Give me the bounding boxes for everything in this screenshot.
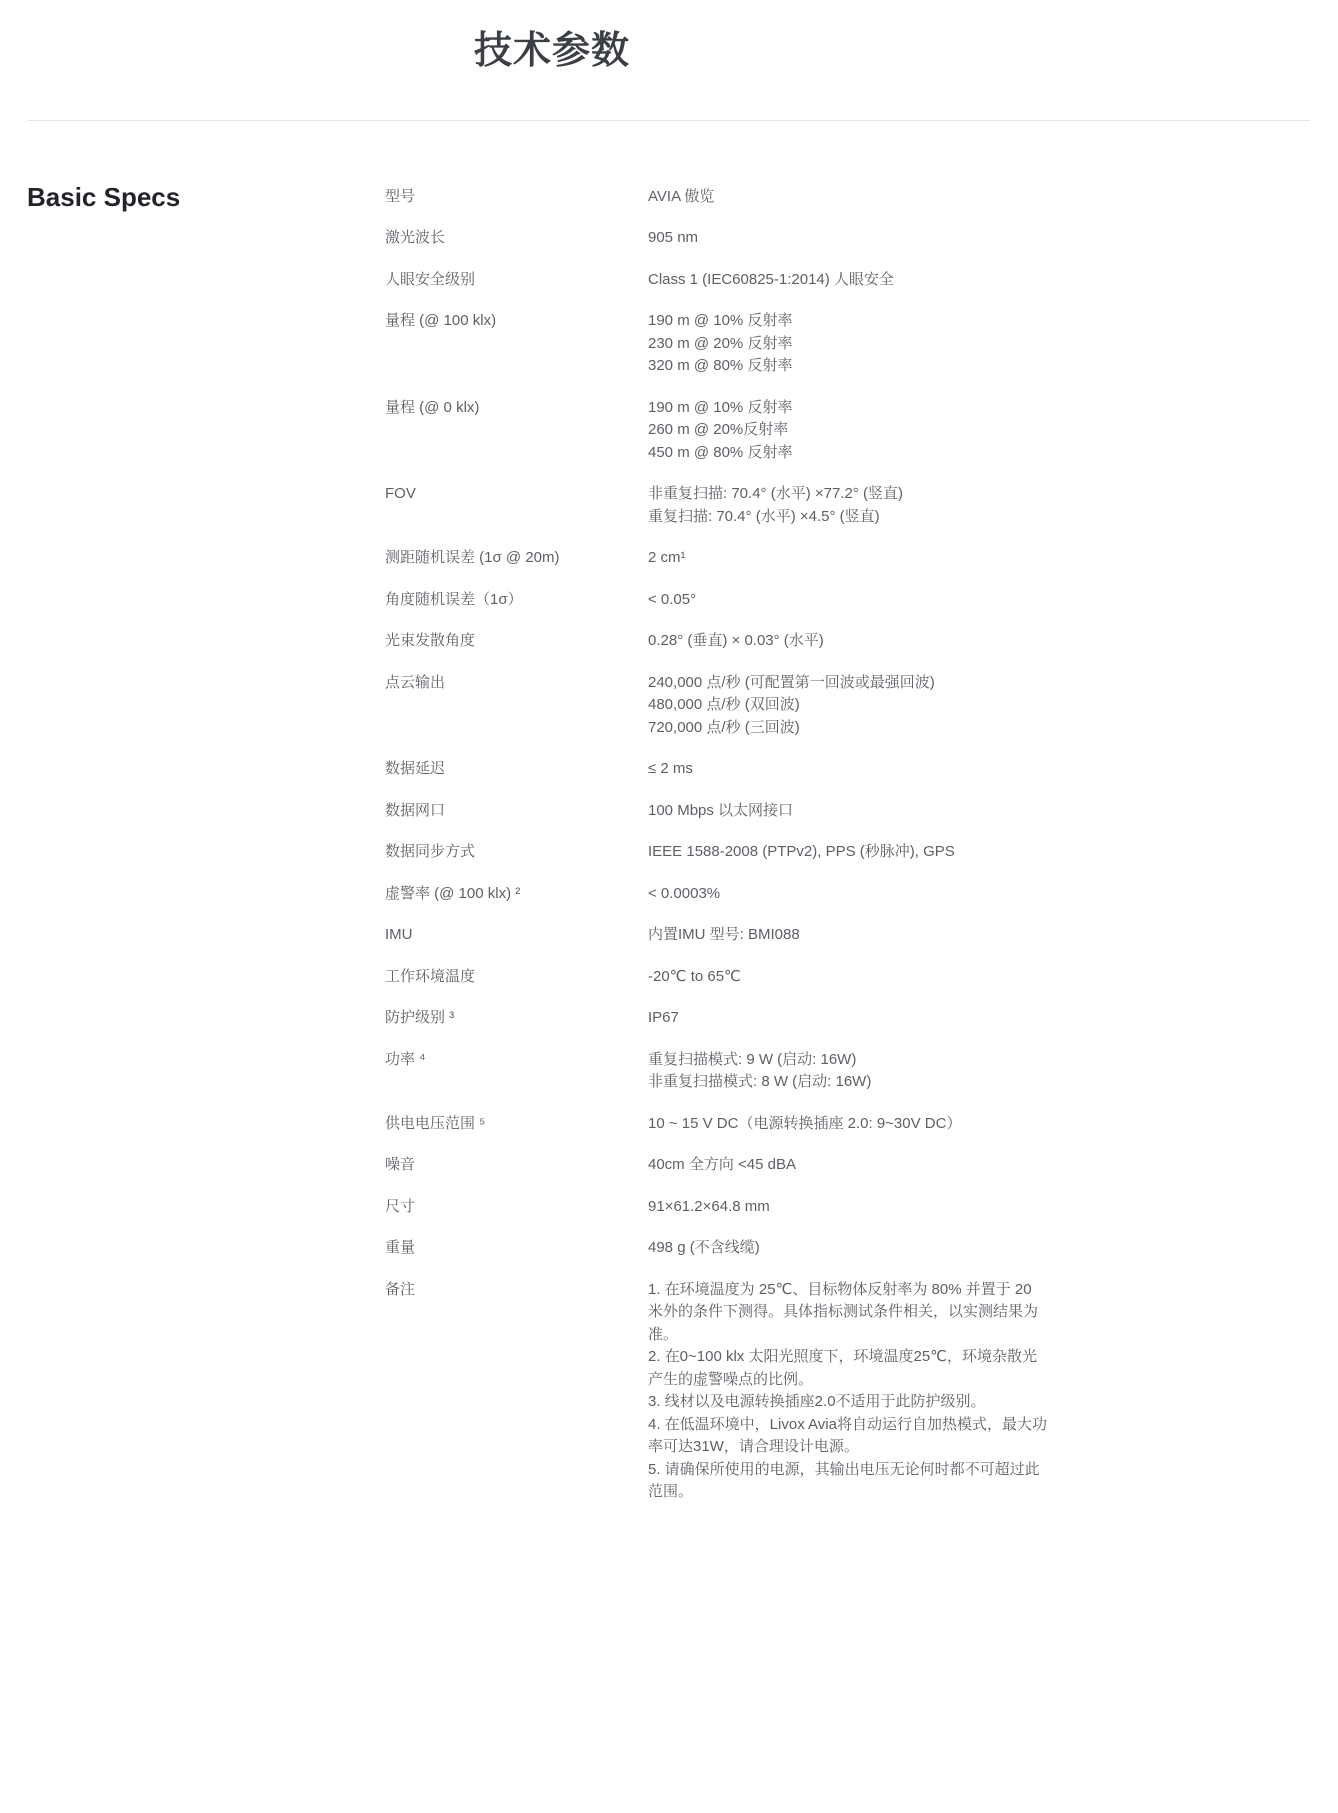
spec-value: IEEE 1588-2008 (PTPv2), PPS (秒脉冲), GPS — [648, 841, 1050, 864]
spec-row: 数据同步方式 IEEE 1588-2008 (PTPv2), PPS (秒脉冲)… — [385, 841, 1050, 864]
spec-value-line: 480,000 点/秒 (双回波) — [648, 694, 1050, 717]
spec-value-line: < 0.05° — [648, 589, 1050, 612]
spec-value: 240,000 点/秒 (可配置第一回波或最强回波)480,000 点/秒 (双… — [648, 672, 1050, 740]
spec-label: 角度随机误差（1σ） — [385, 589, 648, 612]
spec-value: 2 cm¹ — [648, 547, 1050, 570]
spec-row: 工作环境温度 -20℃ to 65℃ — [385, 966, 1050, 989]
spec-value-line: 重复扫描: 70.4° (水平) ×4.5° (竖直) — [648, 506, 1050, 529]
spec-value-line: < 0.0003% — [648, 883, 1050, 906]
spec-value: IP67 — [648, 1007, 1050, 1030]
spec-value-line: 91×61.2×64.8 mm — [648, 1196, 1050, 1219]
spec-row: 噪音 40cm 全方向 <45 dBA — [385, 1154, 1050, 1177]
spec-row: 功率 ⁴ 重复扫描模式: 9 W (启动: 16W)非重复扫描模式: 8 W (… — [385, 1049, 1050, 1094]
spec-value-line: 4. 在低温环境中，Livox Avia将自动运行自加热模式，最大功率可达31W… — [648, 1414, 1050, 1459]
spec-label: 型号 — [385, 186, 648, 209]
spec-value: 91×61.2×64.8 mm — [648, 1196, 1050, 1219]
spec-value: 190 m @ 10% 反射率260 m @ 20%反射率450 m @ 80%… — [648, 397, 1050, 465]
spec-row: 数据延迟 ≤ 2 ms — [385, 758, 1050, 781]
spec-value: 100 Mbps 以太网接口 — [648, 800, 1050, 823]
spec-label: 重量 — [385, 1237, 648, 1260]
spec-value-line: 320 m @ 80% 反射率 — [648, 355, 1050, 378]
spec-label: 激光波长 — [385, 227, 648, 250]
spec-value-line: 1. 在环境温度为 25℃、目标物体反射率为 80% 并置于 20 米外的条件下… — [648, 1279, 1050, 1347]
spec-value-line: 2. 在0~100 klx 太阳光照度下，环境温度25℃，环境杂散光产生的虚警噪… — [648, 1346, 1050, 1391]
spec-value-line: 非重复扫描: 70.4° (水平) ×77.2° (竖直) — [648, 483, 1050, 506]
spec-row: 数据网口 100 Mbps 以太网接口 — [385, 800, 1050, 823]
spec-label: 数据网口 — [385, 800, 648, 823]
spec-row: 量程 (@ 0 klx) 190 m @ 10% 反射率260 m @ 20%反… — [385, 397, 1050, 465]
spec-row: 备注 1. 在环境温度为 25℃、目标物体反射率为 80% 并置于 20 米外的… — [385, 1279, 1050, 1504]
spec-value-line: 重复扫描模式: 9 W (启动: 16W) — [648, 1049, 1050, 1072]
spec-value: 905 nm — [648, 227, 1050, 250]
spec-value: 40cm 全方向 <45 dBA — [648, 1154, 1050, 1177]
spec-label: 备注 — [385, 1279, 648, 1504]
spec-row: 测距随机误差 (1σ @ 20m) 2 cm¹ — [385, 547, 1050, 570]
spec-row: 光束发散角度 0.28° (垂直) × 0.03° (水平) — [385, 630, 1050, 653]
spec-value-line: 5. 请确保所使用的电源，其输出电压无论何时都不可超过此范围。 — [648, 1459, 1050, 1504]
spec-table: 型号 AVIA 傲览 激光波长 905 nm 人眼安全级别 Class 1 (I… — [385, 183, 1050, 1523]
spec-value-line: IEEE 1588-2008 (PTPv2), PPS (秒脉冲), GPS — [648, 841, 1050, 864]
spec-row: 角度随机误差（1σ） < 0.05° — [385, 589, 1050, 612]
spec-label: 工作环境温度 — [385, 966, 648, 989]
spec-value: 190 m @ 10% 反射率230 m @ 20% 反射率320 m @ 80… — [648, 310, 1050, 378]
spec-label: 功率 ⁴ — [385, 1049, 648, 1094]
spec-value-line: 100 Mbps 以太网接口 — [648, 800, 1050, 823]
spec-value-line: 内置IMU 型号: BMI088 — [648, 924, 1050, 947]
basic-specs-section: Basic Specs 型号 AVIA 傲览 激光波长 905 nm 人眼安全级… — [0, 121, 1338, 1583]
spec-value: < 0.05° — [648, 589, 1050, 612]
spec-value: AVIA 傲览 — [648, 186, 1050, 209]
spec-value-line: 450 m @ 80% 反射率 — [648, 442, 1050, 465]
spec-label: 量程 (@ 100 klx) — [385, 310, 648, 378]
spec-value-line: 720,000 点/秒 (三回波) — [648, 717, 1050, 740]
spec-label: 尺寸 — [385, 1196, 648, 1219]
spec-row: 量程 (@ 100 klx) 190 m @ 10% 反射率230 m @ 20… — [385, 310, 1050, 378]
spec-value: ≤ 2 ms — [648, 758, 1050, 781]
spec-value-line: -20℃ to 65℃ — [648, 966, 1050, 989]
spec-label: 量程 (@ 0 klx) — [385, 397, 648, 465]
spec-value: 内置IMU 型号: BMI088 — [648, 924, 1050, 947]
spec-value-line: 10 ~ 15 V DC（电源转换插座 2.0: 9~30V DC） — [648, 1113, 1050, 1136]
spec-label: 防护级别 ³ — [385, 1007, 648, 1030]
spec-page: 技术参数 Basic Specs 型号 AVIA 傲览 激光波长 905 nm … — [0, 0, 1338, 1813]
spec-value-line: 240,000 点/秒 (可配置第一回波或最强回波) — [648, 672, 1050, 695]
spec-value-line: 0.28° (垂直) × 0.03° (水平) — [648, 630, 1050, 653]
spec-label: 人眼安全级别 — [385, 269, 648, 292]
spec-label: 点云输出 — [385, 672, 648, 740]
spec-value-line: 2 cm¹ — [648, 547, 1050, 570]
section-heading: Basic Specs — [27, 183, 385, 213]
spec-value: 重复扫描模式: 9 W (启动: 16W)非重复扫描模式: 8 W (启动: 1… — [648, 1049, 1050, 1094]
spec-value: Class 1 (IEC60825-1:2014) 人眼安全 — [648, 269, 1050, 292]
spec-label: 噪音 — [385, 1154, 648, 1177]
spec-value: 1. 在环境温度为 25℃、目标物体反射率为 80% 并置于 20 米外的条件下… — [648, 1279, 1050, 1504]
spec-row: 型号 AVIA 傲览 — [385, 186, 1050, 209]
spec-value-line: 498 g (不含线缆) — [648, 1237, 1050, 1260]
spec-label: 供电电压范围 ⁵ — [385, 1113, 648, 1136]
spec-value: < 0.0003% — [648, 883, 1050, 906]
spec-label: 光束发散角度 — [385, 630, 648, 653]
spec-row: 供电电压范围 ⁵ 10 ~ 15 V DC（电源转换插座 2.0: 9~30V … — [385, 1113, 1050, 1136]
spec-row: FOV 非重复扫描: 70.4° (水平) ×77.2° (竖直)重复扫描: 7… — [385, 483, 1050, 528]
spec-value-line: IP67 — [648, 1007, 1050, 1030]
spec-label: 虚警率 (@ 100 klx) ² — [385, 883, 648, 906]
spec-label: 数据延迟 — [385, 758, 648, 781]
spec-value-line: 3. 线材以及电源转换插座2.0不适用于此防护级别。 — [648, 1391, 1050, 1414]
spec-value: -20℃ to 65℃ — [648, 966, 1050, 989]
spec-value-line: 905 nm — [648, 227, 1050, 250]
spec-value-line: 非重复扫描模式: 8 W (启动: 16W) — [648, 1071, 1050, 1094]
spec-row: 防护级别 ³ IP67 — [385, 1007, 1050, 1030]
spec-row: 虚警率 (@ 100 klx) ² < 0.0003% — [385, 883, 1050, 906]
spec-row: 激光波长 905 nm — [385, 227, 1050, 250]
spec-value-line: 260 m @ 20%反射率 — [648, 419, 1050, 442]
spec-value-line: AVIA 傲览 — [648, 186, 1050, 209]
spec-value-line: 190 m @ 10% 反射率 — [648, 397, 1050, 420]
spec-row: 点云输出 240,000 点/秒 (可配置第一回波或最强回波)480,000 点… — [385, 672, 1050, 740]
spec-value: 非重复扫描: 70.4° (水平) ×77.2° (竖直)重复扫描: 70.4°… — [648, 483, 1050, 528]
spec-value-line: 230 m @ 20% 反射率 — [648, 333, 1050, 356]
page-title: 技术参数 — [0, 28, 1104, 76]
spec-label: FOV — [385, 483, 648, 528]
spec-value-line: Class 1 (IEC60825-1:2014) 人眼安全 — [648, 269, 1050, 292]
spec-value-line: ≤ 2 ms — [648, 758, 1050, 781]
spec-row: 人眼安全级别 Class 1 (IEC60825-1:2014) 人眼安全 — [385, 269, 1050, 292]
spec-value-line: 190 m @ 10% 反射率 — [648, 310, 1050, 333]
page-title-wrap: 技术参数 — [0, 0, 1104, 76]
spec-value: 10 ~ 15 V DC（电源转换插座 2.0: 9~30V DC） — [648, 1113, 1050, 1136]
spec-value: 0.28° (垂直) × 0.03° (水平) — [648, 630, 1050, 653]
spec-value-line: 40cm 全方向 <45 dBA — [648, 1154, 1050, 1177]
spec-row: 重量 498 g (不含线缆) — [385, 1237, 1050, 1260]
spec-label: 数据同步方式 — [385, 841, 648, 864]
spec-label: IMU — [385, 924, 648, 947]
spec-row: IMU 内置IMU 型号: BMI088 — [385, 924, 1050, 947]
spec-label: 测距随机误差 (1σ @ 20m) — [385, 547, 648, 570]
spec-row: 尺寸 91×61.2×64.8 mm — [385, 1196, 1050, 1219]
spec-value: 498 g (不含线缆) — [648, 1237, 1050, 1260]
